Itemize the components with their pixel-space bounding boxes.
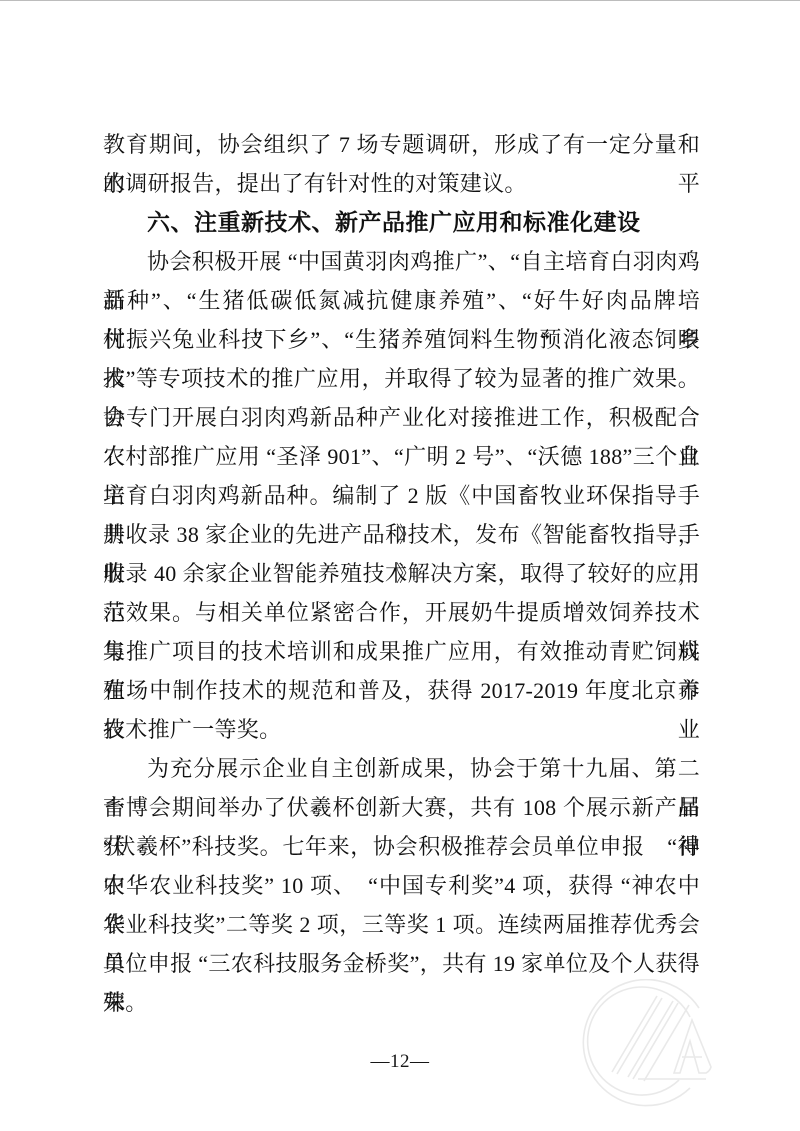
text-line: 教育期间，协会组织了 7 场专题调研，形成了有一定分量和水平 [103, 125, 700, 164]
document-page: 教育期间，协会组织了 7 场专题调研，形成了有一定分量和水平的调研报告，提出了有… [0, 0, 800, 1131]
text-line: 品种”、“生猪低碳低氮减抗健康养殖”、“好牛好肉品牌培优”、“乡 [103, 281, 700, 320]
document-body: 教育期间，协会组织了 7 场专题调研，形成了有一定分量和水平的调研报告，提出了有… [103, 125, 700, 1022]
text-line: 殖场中制作技术的规范和普及，获得 2017-2019 年度北京市农业 [103, 671, 700, 710]
text-line: 收录 40 余家企业智能养殖技术解决方案，取得了较好的应用示 [103, 554, 700, 593]
text-line: 培育白羽肉鸡新品种。编制了 2 版《中国畜牧业环保指导手册》， [103, 476, 700, 515]
text-line: 畜博会期间举办了伏羲杯创新大赛，共有 108 个展示新产品获得 [103, 788, 700, 827]
section-heading: 六、注重新技术、新产品推广应用和标准化建设 [103, 203, 700, 242]
text-line: 共收录 38 家企业的先进产品和技术，发布《智能畜牧指导手册》， [103, 515, 700, 554]
text-line: 术”等专项技术的推广应用，并取得了较为显著的推广效果。协 [103, 359, 700, 398]
text-line: 荣。 [103, 983, 700, 1022]
text-line: 村振兴兔业科技下乡”、“生猪养殖饲料生物预消化液态饲喂技 [103, 320, 700, 359]
text-line: 中华农业科技奖” 10 项、 “中国专利奖”4 项，获得 “神农中华 [103, 866, 700, 905]
page-number: —12— [0, 1051, 800, 1073]
text-line: “伏羲杯”科技奖。七年来，协会积极推荐会员单位申报 “神农 [103, 827, 700, 866]
text-line: 农业科技奖”二等奖 2 项，三等奖 1 项。连续两届推荐优秀会员 [103, 905, 700, 944]
text-line: 与推广项目的技术培训和成果推广应用，有效推动青贮饲料在养 [103, 632, 700, 671]
text-line: 为充分展示企业自主创新成果，协会于第十九届、第二十届 [103, 749, 700, 788]
text-line: 协会积极开展 “中国黄羽肉鸡推广”、“自主培育白羽肉鸡新 [103, 242, 700, 281]
text-line: 农村部推广应用 “圣泽 901”、“广明 2 号”、“沃德 188”三个自主 [103, 437, 700, 476]
text-line: 会专门开展白羽肉鸡新品种产业化对接推进工作，积极配合农业 [103, 398, 700, 437]
text-line: 单位申报 “三农科技服务金桥奖”，共有 19 家单位及个人获得殊 [103, 944, 700, 983]
text-line: 范效果。与相关单位紧密合作，开展奶牛提质增效饲养技术集成 [103, 593, 700, 632]
